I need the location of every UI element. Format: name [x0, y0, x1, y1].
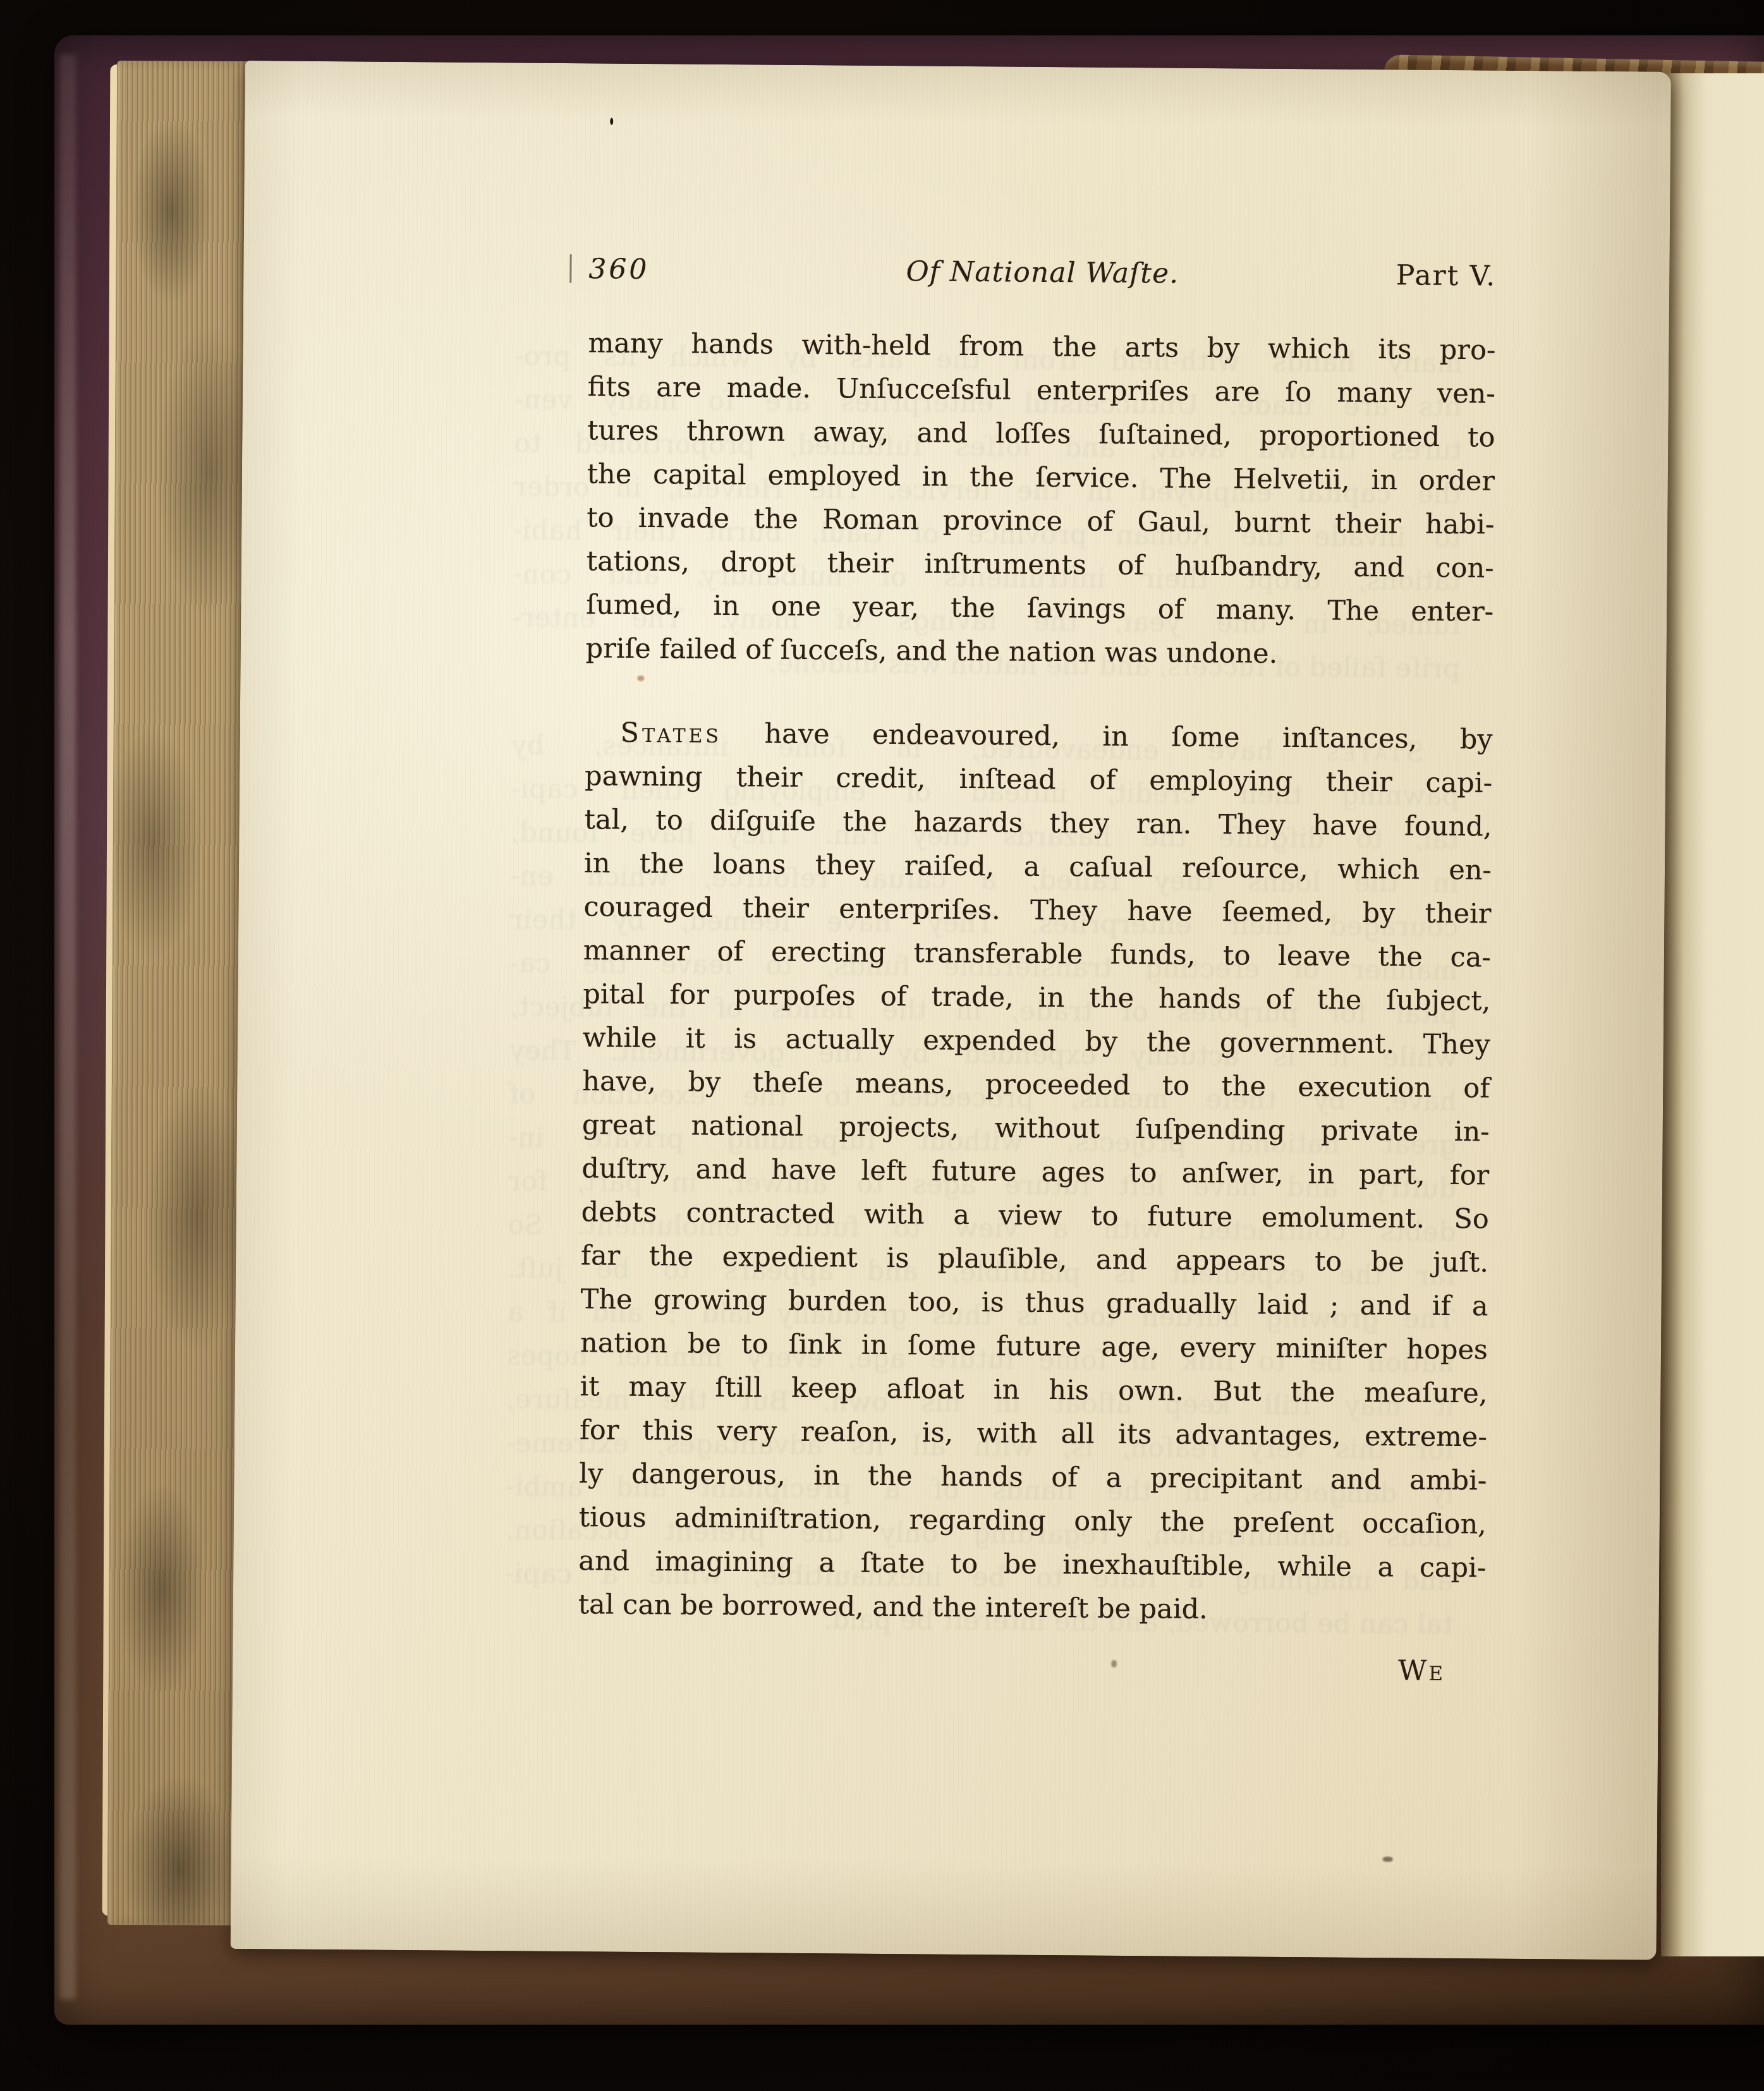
page-text: many hands with-held from the arts by wh… — [578, 322, 1496, 1633]
text-line: manner of erecting transferable funds, t… — [583, 929, 1491, 979]
press-artifact — [569, 254, 571, 283]
page-number: 360 — [588, 253, 649, 286]
paragraph: States have endeavoured, in ſome inſtanc… — [578, 711, 1493, 1633]
part-label: Part V. — [1396, 259, 1497, 292]
text-line: fits are made. Unſucceſsful enterpriſes … — [588, 365, 1495, 416]
text-line: tious adminiſtration, regarding only the… — [579, 1496, 1487, 1546]
catchword: We — [578, 1648, 1485, 1687]
text-line: nation be to ſink in ſome future age, ev… — [580, 1321, 1488, 1372]
page-edges — [107, 61, 248, 1925]
catchword-text: We — [1398, 1654, 1445, 1687]
text-line: ſumed, in one year, the ſavings of many.… — [586, 583, 1493, 634]
text-line: pital for purpoſes of trade, in the hand… — [583, 973, 1490, 1023]
photo-backdrop: many hands with-held from the arts by wh… — [0, 0, 1764, 2091]
text-line: States have endeavoured, in ſome inſtanc… — [585, 711, 1492, 761]
text-line: The growing burden too, is thus graduall… — [580, 1278, 1488, 1328]
text-line: and imagining a ſtate to be inexhauſtibl… — [578, 1539, 1486, 1590]
text-line: while it is actually expended by the gov… — [583, 1016, 1490, 1067]
foxing-spot — [1383, 1857, 1393, 1862]
text-line: tures thrown away, and loſſes ſuſtained,… — [587, 409, 1495, 459]
printed-text-block: 360 Of National Waſte. Part V. many hand… — [578, 253, 1497, 1687]
text-line: many hands with-held from the arts by wh… — [588, 322, 1495, 372]
text-line: duſtry, and have left future ages to anſ… — [581, 1147, 1489, 1197]
text-line: tal can be borrowed, and the intereſt be… — [578, 1583, 1486, 1633]
text-line: the capital employed in the ſervice. The… — [587, 452, 1495, 503]
text-line: tal, to diſguiſe the hazards they ran. T… — [584, 798, 1492, 849]
text-line: to invade the Roman province of Gaul, bu… — [587, 496, 1494, 547]
text-line: have, by theſe means, proceeded to the e… — [582, 1060, 1490, 1110]
text-line: far the expedient is plauſible, and appe… — [581, 1234, 1488, 1285]
text-line: ly dangerous, in the hands of a precipit… — [579, 1452, 1487, 1503]
text-line: pawning their credit, inſtead of employi… — [585, 755, 1492, 805]
text-line: debts contracted with a view to future e… — [581, 1191, 1488, 1241]
text-line: great national projects, without ſuſpend… — [582, 1103, 1490, 1154]
running-header: 360 Of National Waſte. Part V. — [588, 253, 1496, 292]
text-line: for this very reaſon, is, with all its a… — [580, 1409, 1487, 1459]
facing-page — [1661, 73, 1764, 1956]
running-title: Of National Waſte. — [906, 255, 1179, 289]
text-line: in the loans they raiſed, a caſual reſou… — [584, 842, 1492, 892]
text-line: tations, dropt their inſtruments of huſb… — [587, 540, 1494, 590]
ink-speck — [610, 118, 613, 125]
text-line: it may ſtill keep afloat in his own. But… — [580, 1365, 1487, 1415]
paragraph: many hands with-held from the arts by wh… — [585, 322, 1495, 677]
text-line: priſe failed of ſucceſs, and the nation … — [585, 627, 1493, 677]
text-line: couraged their enterpriſes. They have ſe… — [583, 885, 1491, 936]
book-page: many hands with-held from the arts by wh… — [231, 61, 1671, 1960]
